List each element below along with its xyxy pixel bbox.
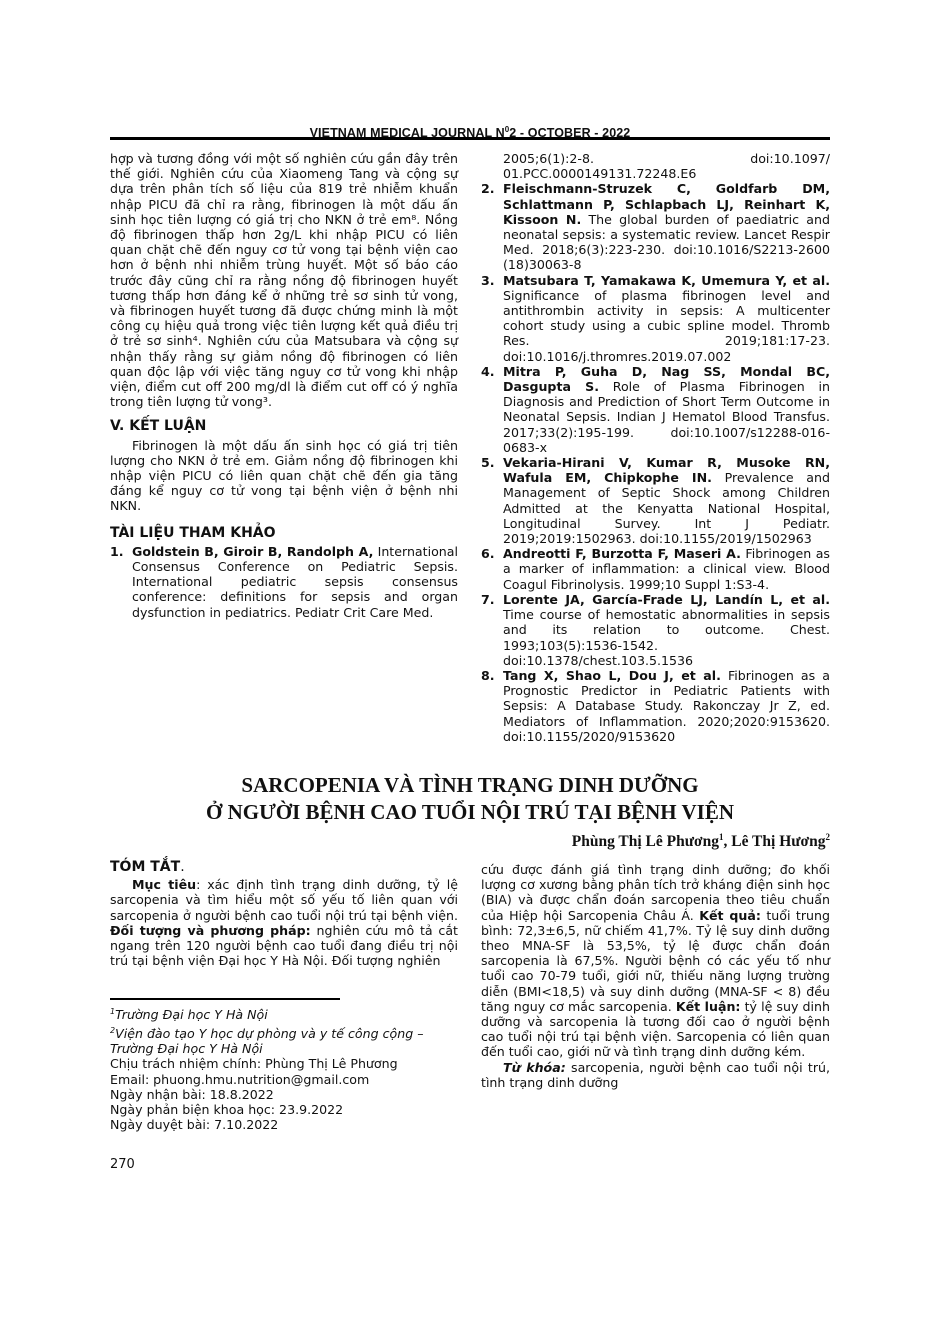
page-number: 270 xyxy=(110,1157,135,1172)
footnote-affiliation-1: 1Trường Đại học Y Hà Nội xyxy=(110,1004,458,1022)
objective-label: Mục tiêu xyxy=(132,877,196,892)
reference-number: 4. xyxy=(481,364,503,455)
keywords: Từ khóa: sarcopenia, người bệnh cao tuổi… xyxy=(481,1060,830,1090)
reference-body: Vekaria-Hirani V, Kumar R, Musoke RN, Wa… xyxy=(503,455,830,546)
abstract-paragraph-continued: cứu được đánh giá tình trạng dinh dưỡng;… xyxy=(481,862,830,1060)
reference-authors: Matsubara T, Yamakawa K, Umemura Y, et a… xyxy=(503,273,830,288)
journal-page: VIETNAM MEDICAL JOURNAL N02 - OCTOBER - … xyxy=(0,0,942,1333)
reference-body: Tang X, Shao L, Dou J, et al. Fibrinogen… xyxy=(503,668,830,744)
left-column-top: hợp và tương đồng với một số nghiên cứu … xyxy=(110,151,458,620)
reference-body: Andreotti F, Burzotta F, Maseri A. Fibri… xyxy=(503,546,830,592)
reviewed-date: Ngày phản biện khoa học: 23.9.2022 xyxy=(110,1102,458,1117)
reference-number: 6. xyxy=(481,546,503,592)
reference-item: 6. Andreotti F, Burzotta F, Maseri A. Fi… xyxy=(481,546,830,592)
abstract-heading: TÓM TẮT. xyxy=(110,860,458,875)
article-title: SARCOPENIA VÀ TÌNH TRẠNG DINH DƯỠNG Ở NG… xyxy=(110,772,830,826)
reference-item: 1. Goldstein B, Giroir B, Randolph A, In… xyxy=(110,544,458,620)
conclusion-heading: V. KẾT LUẬN xyxy=(110,419,458,434)
reference-body: Goldstein B, Giroir B, Randolph A, Inter… xyxy=(132,544,458,620)
discussion-paragraph: hợp và tương đồng với một số nghiên cứu … xyxy=(110,151,458,409)
right-column-bottom: cứu được đánh giá tình trạng dinh dưỡng;… xyxy=(481,862,830,1090)
conclusion-label: Kết luận: xyxy=(676,999,741,1014)
abstract-heading-dot: . xyxy=(180,859,184,875)
article-title-line-1: SARCOPENIA VÀ TÌNH TRẠNG DINH DƯỠNG xyxy=(110,772,830,799)
reference-number: 7. xyxy=(481,592,503,668)
reference-item: 7. Lorente JA, García-Frade LJ, Landín L… xyxy=(481,592,830,668)
reference-body: Lorente JA, García-Frade LJ, Landín L, e… xyxy=(503,592,830,668)
reference-number: 8. xyxy=(481,668,503,744)
author-name: Phùng Thị Lê Phương xyxy=(572,833,719,850)
methods-label: Đối tượng và phương pháp: xyxy=(110,923,311,938)
header-rule xyxy=(110,137,830,140)
reference-continuation: 2005;6(1):2-8. doi:10.1097/ 01.PCC.00001… xyxy=(481,151,830,181)
reference-item: 5. Vekaria-Hirani V, Kumar R, Musoke RN,… xyxy=(481,455,830,546)
conclusion-text: Fibrinogen là một dấu ấn sinh học có giá… xyxy=(110,438,458,514)
email: Email: phuong.hmu.nutrition@gmail.com xyxy=(110,1072,458,1087)
reference-number: 3. xyxy=(481,273,503,364)
author-name: Lê Thị Hương xyxy=(731,833,825,850)
article-authors: Phùng Thị Lê Phương1, Lê Thị Hương2 xyxy=(572,832,830,851)
results-label: Kết quả: xyxy=(699,908,761,923)
footnote-rule xyxy=(110,998,340,1000)
reference-authors: Tang X, Shao L, Dou J, et al. xyxy=(503,668,721,683)
reference-item: 4. Mitra P, Guha D, Nag SS, Mondal BC, D… xyxy=(481,364,830,455)
reference-number: 1. xyxy=(110,544,132,620)
reference-text: Time course of hemostatic abnormalities … xyxy=(503,607,830,668)
reference-body: Mitra P, Guha D, Nag SS, Mondal BC, Dasg… xyxy=(503,364,830,455)
right-column-top: 2005;6(1):2-8. doi:10.1097/ 01.PCC.00001… xyxy=(481,151,830,744)
reference-body: Matsubara T, Yamakawa K, Umemura Y, et a… xyxy=(503,273,830,364)
reference-body: Fleischmann-Struzek C, Goldfarb DM, Schl… xyxy=(503,181,830,272)
footnote-text: Viện đào tạo Y học dự phòng và y tế công… xyxy=(110,1026,424,1056)
reference-authors: Lorente JA, García-Frade LJ, Landín L, e… xyxy=(503,592,830,607)
keywords-label: Từ khóa: xyxy=(503,1060,566,1075)
left-column-bottom: TÓM TẮT. Mục tiêu: xác định tình trạng d… xyxy=(110,860,458,1132)
reference-authors: Andreotti F, Burzotta F, Maseri A. xyxy=(503,546,741,561)
reference-authors: Goldstein B, Giroir B, Randolph A, xyxy=(132,544,373,559)
reference-text: Significance of plasma fibrinogen level … xyxy=(503,288,830,364)
references-heading: TÀI LIỆU THAM KHẢO xyxy=(110,526,458,541)
author-affiliation-sup: 2 xyxy=(826,832,831,842)
reference-number: 5. xyxy=(481,455,503,546)
accepted-date: Ngày duyệt bài: 7.10.2022 xyxy=(110,1117,458,1132)
received-date: Ngày nhận bài: 18.8.2022 xyxy=(110,1087,458,1102)
abstract-paragraph: Mục tiêu: xác định tình trạng dinh dưỡng… xyxy=(110,877,458,968)
footnote-affiliation-2: 2Viện đào tạo Y học dự phòng và y tế côn… xyxy=(110,1023,458,1057)
reference-item: 2. Fleischmann-Struzek C, Goldfarb DM, S… xyxy=(481,181,830,272)
footnote-text: Trường Đại học Y Hà Nội xyxy=(115,1008,268,1023)
corresponding-author: Chịu trách nhiệm chính: Phùng Thị Lê Phư… xyxy=(110,1056,458,1071)
abstract-heading-text: TÓM TẮT xyxy=(110,859,180,875)
reference-item: 3. Matsubara T, Yamakawa K, Umemura Y, e… xyxy=(481,273,830,364)
article-title-line-2: Ở NGƯỜI BỆNH CAO TUỔI NỘI TRÚ TẠI BỆNH V… xyxy=(110,799,830,826)
reference-item: 8. Tang X, Shao L, Dou J, et al. Fibrino… xyxy=(481,668,830,744)
reference-number: 2. xyxy=(481,181,503,272)
